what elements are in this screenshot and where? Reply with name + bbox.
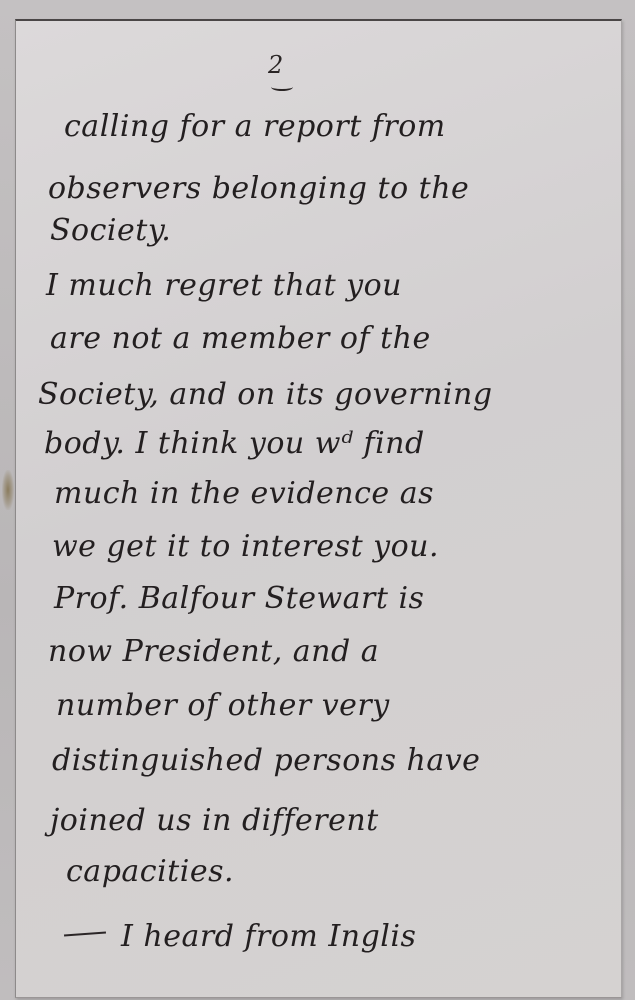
text-line: now President, and a xyxy=(48,634,379,669)
page-number: 2 xyxy=(268,51,283,79)
text-line: joined us in different xyxy=(50,803,379,838)
paragraph-dash xyxy=(64,932,106,937)
text-line: are not a member of the xyxy=(50,321,431,356)
text-line: body. I think you wᵈ find xyxy=(44,426,425,461)
text-line: much in the evidence as xyxy=(54,476,434,511)
paper-stain xyxy=(2,470,14,510)
text-line: calling for a report from xyxy=(64,109,446,144)
text-line: observers belonging to the xyxy=(48,171,469,206)
text-line: Prof. Balfour Stewart is xyxy=(54,581,424,616)
text-line: distinguished persons have xyxy=(52,743,480,778)
letter-page: 2 calling for a report from observers be… xyxy=(15,19,622,998)
text-line: I heard from Inglis xyxy=(121,919,416,954)
text-line: number of other very xyxy=(56,688,390,723)
page-number-underline xyxy=(271,83,293,91)
text-line: Society. xyxy=(50,213,171,248)
text-line: we get it to interest you. xyxy=(52,529,439,564)
text-line: capacities. xyxy=(66,854,234,889)
text-line: Society, and on its governing xyxy=(38,377,493,412)
text-line: I much regret that you xyxy=(46,268,402,303)
